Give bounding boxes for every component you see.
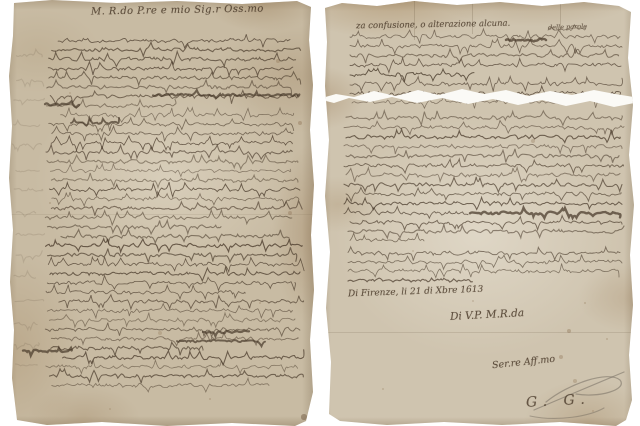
letter-page-right: za confusione, o alterazione alcuna. del… (322, 0, 634, 426)
letter-page-left: M. R.do P.re e mio Sig.r Oss.mo (7, 0, 314, 426)
handwriting-right (322, 0, 634, 426)
manuscript-photo: M. R.do P.re e mio Sig.r Oss.mo za confu… (0, 0, 640, 426)
paper-stains-right (322, 0, 324, 2)
interlinear-insertion: delle parole (548, 22, 587, 31)
paper-stains-left (7, 0, 9, 2)
handwriting-left (7, 0, 314, 426)
signature: G. G. (526, 391, 591, 410)
